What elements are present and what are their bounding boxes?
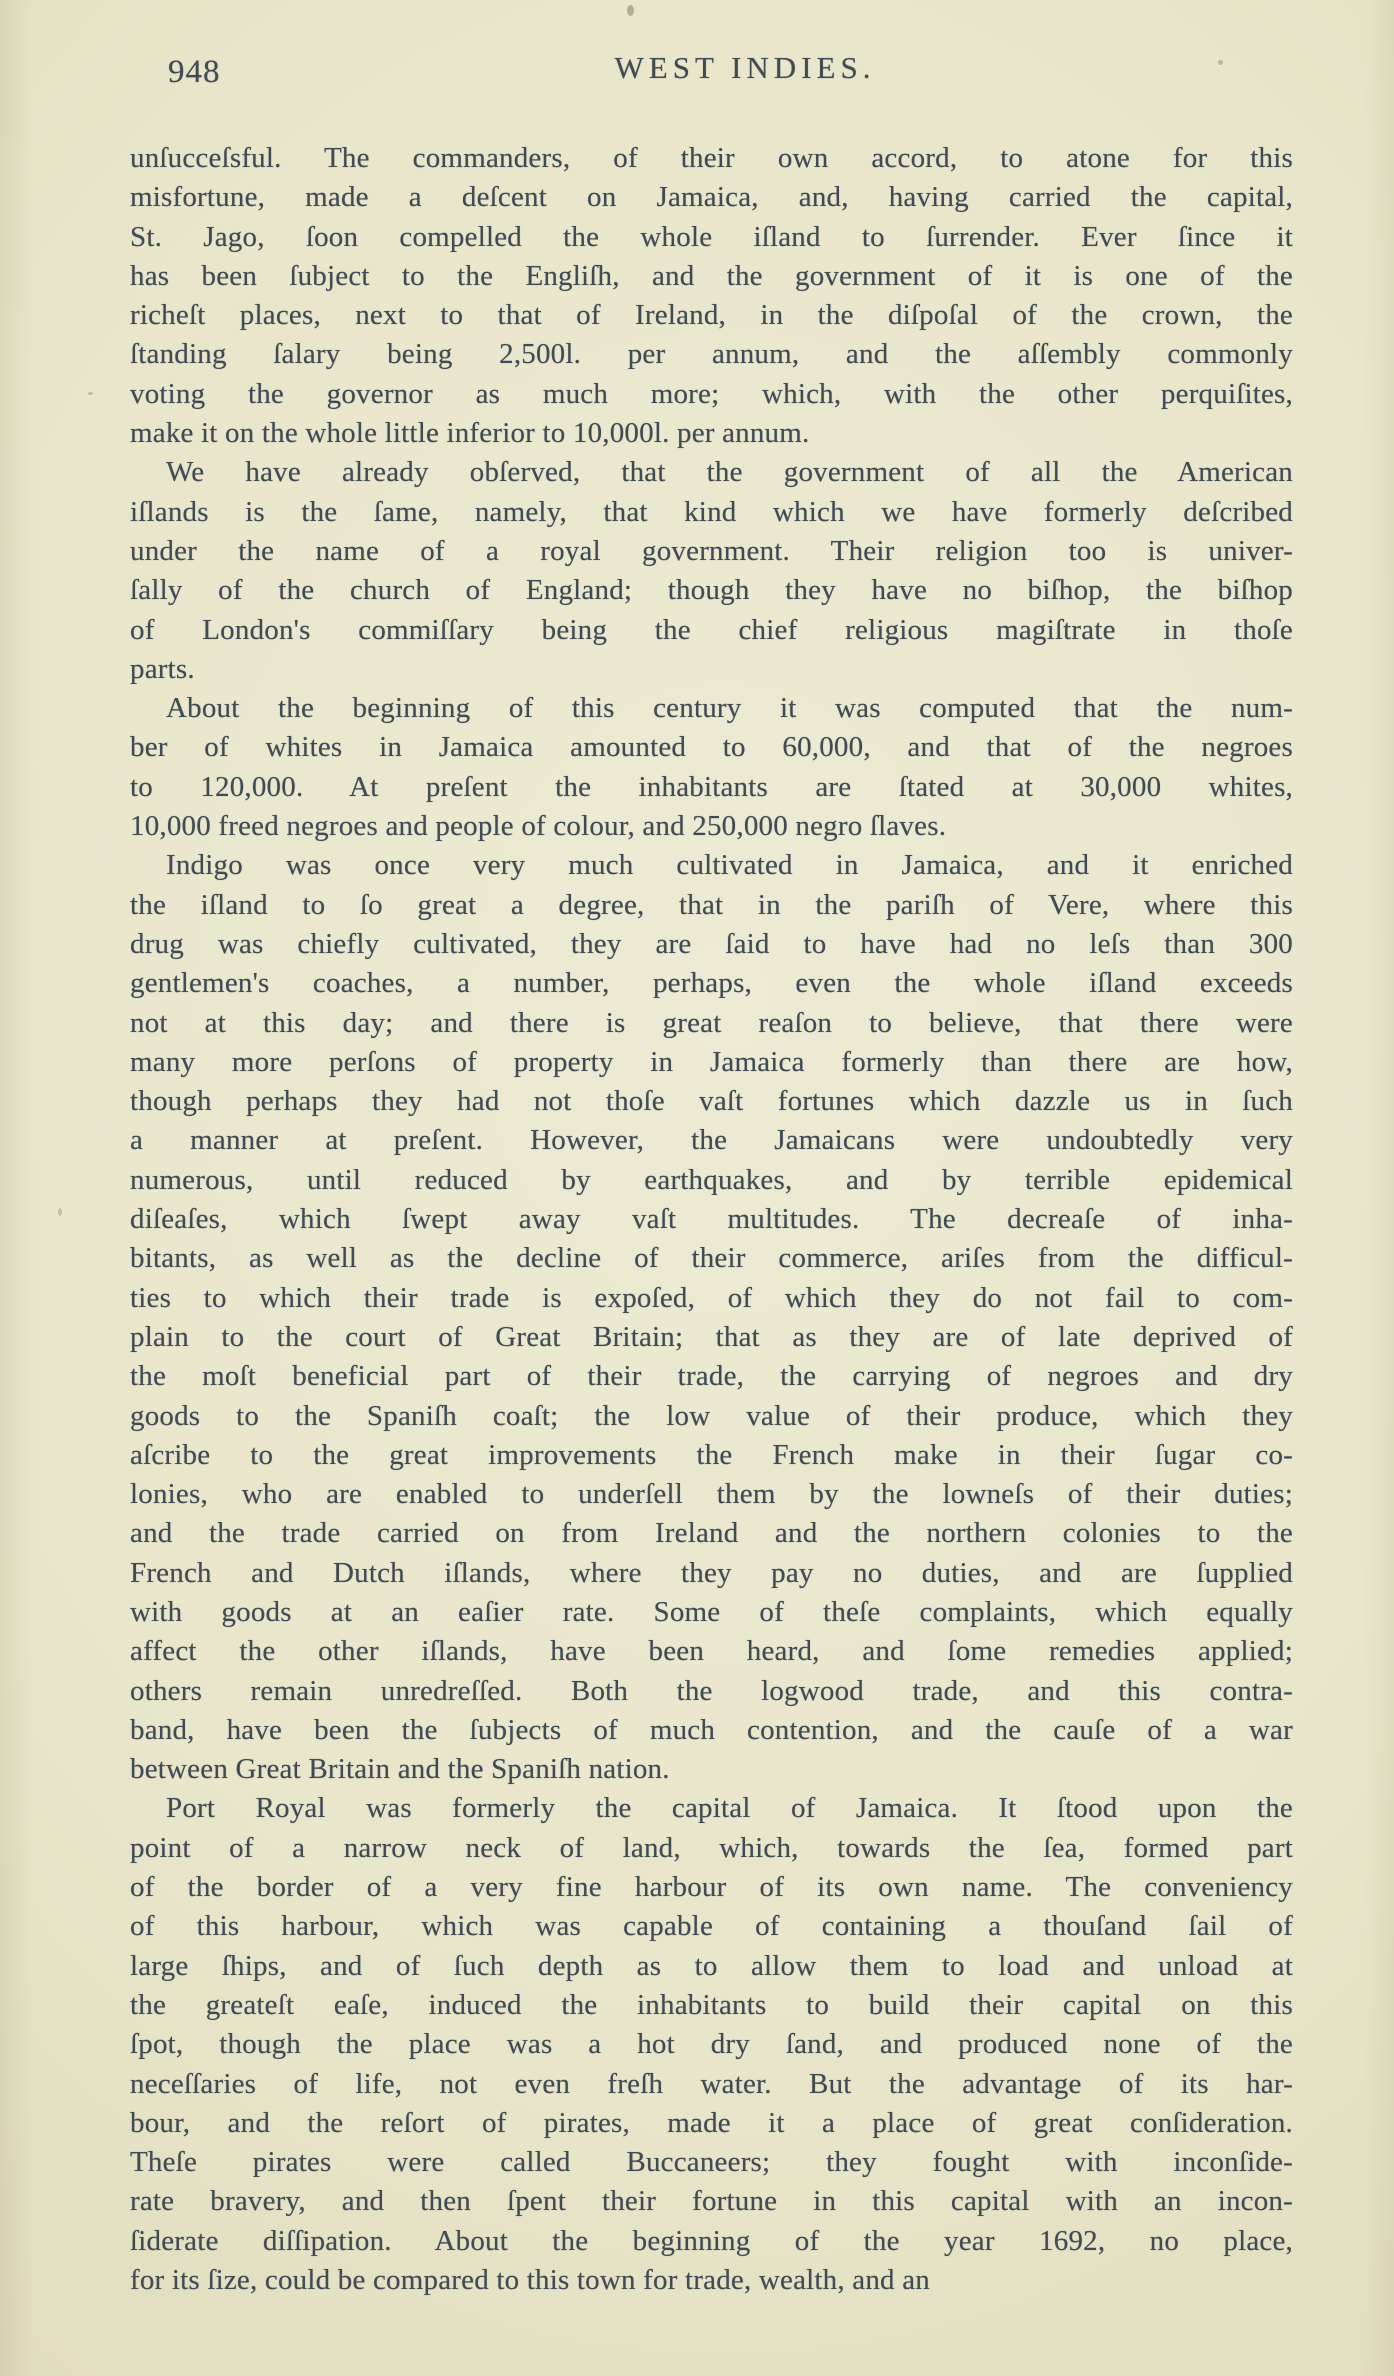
text-line: ſally of the church of England; though t… [130, 571, 1293, 610]
text-line: iſlands is the ſame, namely, that kind w… [130, 493, 1293, 532]
text-line: a manner at preſent. However, the Jamaic… [130, 1121, 1293, 1160]
text-line: voting the governor as much more; which,… [130, 375, 1293, 414]
text-line: not at this day; and there is great reaſ… [130, 1004, 1293, 1043]
text-line: We have already obſerved, that the gover… [130, 453, 1293, 492]
text-line: neceſſaries of life, not even freſh wate… [130, 2065, 1293, 2104]
text-line: the greateſt eaſe, induced the inhabitan… [130, 1986, 1293, 2025]
text-line: Theſe pirates were called Buccaneers; th… [130, 2143, 1293, 2182]
text-line: the iſland to ſo great a degree, that in… [130, 886, 1293, 925]
text-line: ſtanding ſalary being 2,500l. per annum,… [130, 335, 1293, 374]
text-line: plain to the court of Great Britain; tha… [130, 1318, 1293, 1357]
text-line: large ſhips, and of ſuch depth as to all… [130, 1947, 1293, 1986]
text-line: aſcribe to the great improvements the Fr… [130, 1436, 1293, 1475]
text-line: to 120,000. At preſent the inhabitants a… [130, 768, 1293, 807]
text-line: of the border of a very fine harbour of … [130, 1868, 1293, 1907]
text-line: rate bravery, and then ſpent their fortu… [130, 2182, 1293, 2221]
text-line: others remain unredreſſed. Both the logw… [130, 1672, 1293, 1711]
text-line: richeſt places, next to that of Ireland,… [130, 296, 1293, 335]
paragraph: About the beginning of this century it w… [130, 689, 1293, 846]
text-line: though perhaps they had not thoſe vaſt f… [130, 1082, 1293, 1121]
text-line: band, have been the ſubjects of much con… [130, 1711, 1293, 1750]
text-line: Port Royal was formerly the capital of J… [130, 1789, 1293, 1828]
text-line: make it on the whole little inferior to … [130, 414, 1293, 453]
text-line: St. Jago, ſoon compelled the whole iſlan… [130, 218, 1293, 257]
text-line: unſucceſsful. The commanders, of their o… [130, 139, 1293, 178]
text-line: gentlemen's coaches, a number, perhaps, … [130, 964, 1293, 1003]
text-line: affect the other iſlands, have been hear… [130, 1632, 1293, 1671]
text-line: diſeaſes, which ſwept away vaſt multitud… [130, 1200, 1293, 1239]
text-line: parts. [130, 650, 1293, 689]
text-line: point of a narrow neck of land, which, t… [130, 1829, 1293, 1868]
text-line: and the trade carried on from Ireland an… [130, 1514, 1293, 1553]
page-number: 948 [168, 54, 221, 91]
text-line: under the name of a royal government. Th… [130, 532, 1293, 571]
text-line: drug was chiefly cultivated, they are ſa… [130, 925, 1293, 964]
paragraph: Port Royal was formerly the capital of J… [130, 1789, 1293, 2300]
text-line: goods to the Spaniſh coaſt; the low valu… [130, 1397, 1293, 1436]
text-line: 10,000 freed negroes and people of colou… [130, 807, 1293, 846]
text-line: for its ſize, could be compared to this … [130, 2261, 1293, 2300]
text-line: many more perſons of property in Jamaica… [130, 1043, 1293, 1082]
paragraph: unſucceſsful. The commanders, of their o… [130, 139, 1293, 453]
text-line: ſiderate diſſipation. About the beginnin… [130, 2222, 1293, 2261]
scan-artifact [627, 5, 634, 16]
scan-artifact [1218, 60, 1223, 65]
text-line: ſpot, though the place was a hot dry ſan… [130, 2025, 1293, 2064]
text-line: of London's commiſſary being the chief r… [130, 611, 1293, 650]
text-line: ties to which their trade is expoſed, of… [130, 1279, 1293, 1318]
text-line: the moſt beneficial part of their trade,… [130, 1357, 1293, 1396]
text-line: lonies, who are enabled to underſell the… [130, 1475, 1293, 1514]
paragraph: We have already obſerved, that the gover… [130, 453, 1293, 689]
book-page: 948 WEST INDIES. unſucceſsful. The comma… [0, 0, 1394, 2376]
text-line: has been ſubject to the Engliſh, and the… [130, 257, 1293, 296]
text-line: numerous, until reduced by earthquakes, … [130, 1161, 1293, 1200]
paragraph: Indigo was once very much cultivated in … [130, 846, 1293, 1789]
running-header: WEST INDIES. [615, 50, 876, 86]
text-line: misfortune, made a deſcent on Jamaica, a… [130, 178, 1293, 217]
text-line: About the beginning of this century it w… [130, 689, 1293, 728]
body-text: unſucceſsful. The commanders, of their o… [130, 139, 1293, 2300]
scan-artifact [58, 1208, 62, 1216]
text-line: bour, and the reſort of pirates, made it… [130, 2104, 1293, 2143]
text-line: of this harbour, which was capable of co… [130, 1907, 1293, 1946]
text-line: Indigo was once very much cultivated in … [130, 846, 1293, 885]
text-line: ber of whites in Jamaica amounted to 60,… [130, 728, 1293, 767]
text-line: bitants, as well as the decline of their… [130, 1239, 1293, 1278]
scan-artifact [88, 392, 93, 395]
text-line: French and Dutch iſlands, where they pay… [130, 1554, 1293, 1593]
text-line: with goods at an eaſier rate. Some of th… [130, 1593, 1293, 1632]
text-line: between Great Britain and the Spaniſh na… [130, 1750, 1293, 1789]
